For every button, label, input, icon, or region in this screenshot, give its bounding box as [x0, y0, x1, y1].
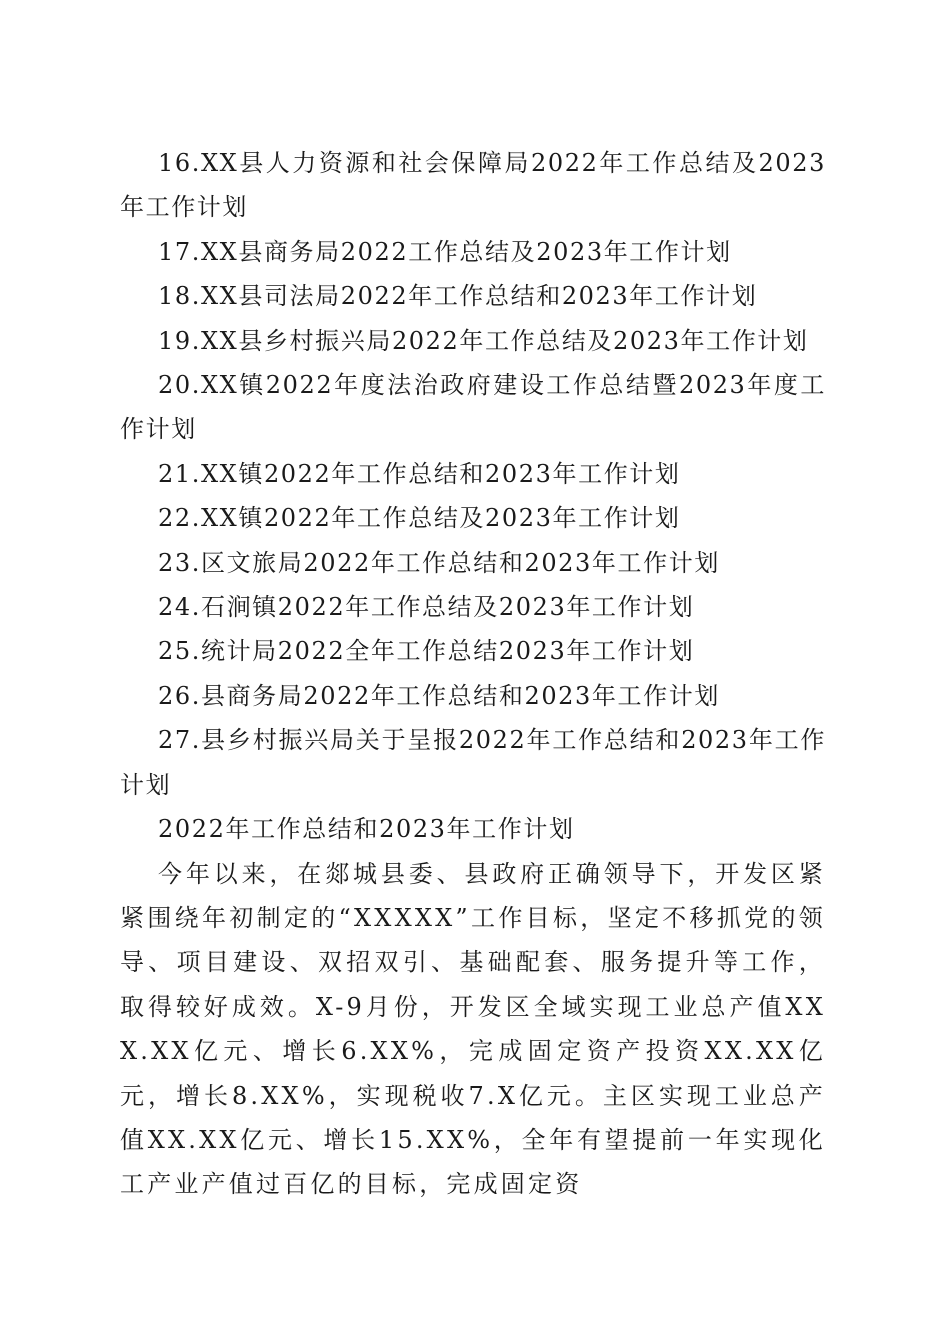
list-item-26: 26.县商务局2022年工作总结和2023年工作计划	[120, 674, 826, 718]
list-item-24: 24.石涧镇2022年工作总结及2023年工作计划	[120, 585, 826, 629]
list-item-19: 19.XX县乡村振兴局2022年工作总结及2023年工作计划	[120, 319, 826, 363]
list-item-18: 18.XX县司法局2022年工作总结和2023年工作计划	[120, 274, 826, 318]
list-item-17: 17.XX县商务局2022工作总结及2023年工作计划	[120, 230, 826, 274]
list-item-23: 23.区文旅局2022年工作总结和2023年工作计划	[120, 541, 826, 585]
section-title: 2022年工作总结和2023年工作计划	[120, 807, 826, 851]
list-item-27: 27.县乡村振兴局关于呈报2022年工作总结和2023年工作计划	[120, 718, 826, 807]
list-item-21: 21.XX镇2022年工作总结和2023年工作计划	[120, 452, 826, 496]
list-item-25: 25.统计局2022全年工作总结2023年工作计划	[120, 629, 826, 673]
list-item-22: 22.XX镇2022年工作总结及2023年工作计划	[120, 496, 826, 540]
body-paragraph: 今年以来，在郯城县委、县政府正确领导下，开发区紧紧围绕年初制定的“XXXXX”工…	[120, 852, 826, 1207]
list-item-16: 16.XX县人力资源和社会保障局2022年工作总结及2023年工作计划	[120, 141, 826, 230]
document-page: 16.XX县人力资源和社会保障局2022年工作总结及2023年工作计划 17.X…	[120, 141, 826, 1207]
list-item-20: 20.XX镇2022年度法治政府建设工作总结暨2023年度工作计划	[120, 363, 826, 452]
